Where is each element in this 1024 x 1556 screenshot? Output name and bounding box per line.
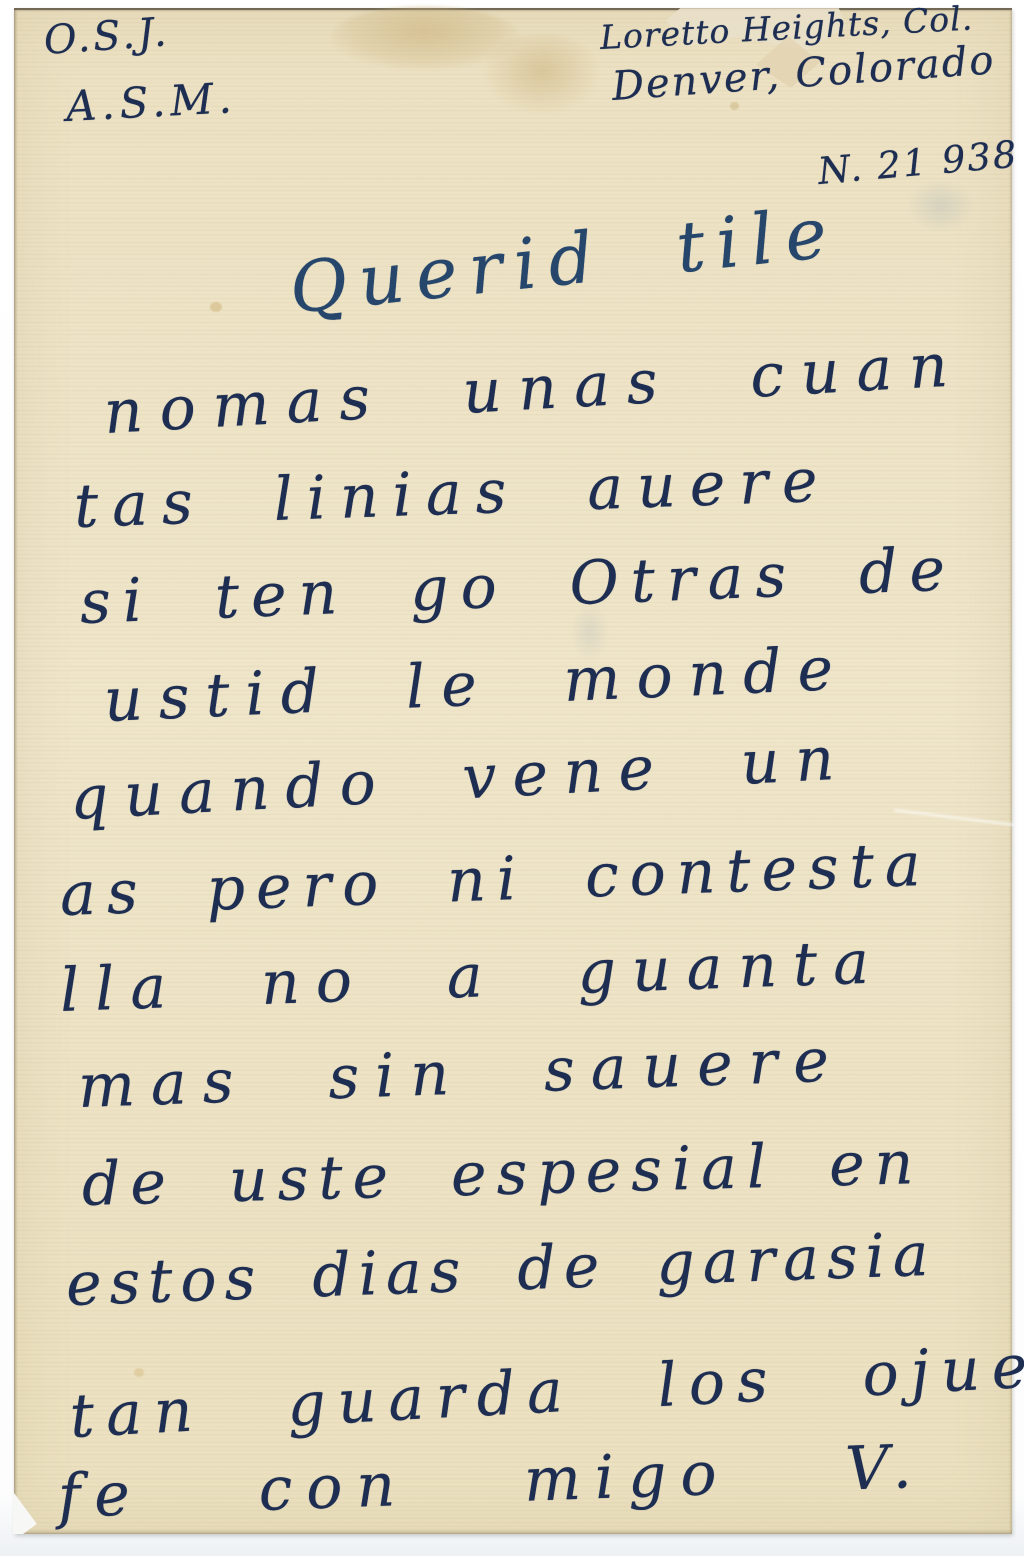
heading-date: N. 21 938 [816,133,1020,193]
paper-stain [330,6,520,70]
greeting-line: Querid tile [286,191,843,330]
body-line: fe con migo V. [57,1432,927,1532]
paper-freckle [730,102,739,110]
body-line: mas sin sauere [77,1025,846,1122]
scan-background: O.S.J. A.S.M. Loretto Heights, Col. Denv… [0,0,1024,1556]
paper-corner-chip [13,1488,47,1534]
paper-freckle [210,302,222,312]
body-line: estos dias de garasia [65,1220,938,1320]
body-line: as pero ni contesta [59,830,933,930]
paper-stain [482,34,602,116]
body-line: nomas unas cuan [102,330,966,448]
paper-crease [894,809,1013,827]
corner-initials-line1: O.S.J. [42,9,170,64]
body-line: quando vene un [68,723,852,834]
body-line: si ten go Otras de [79,534,959,638]
letter-paper: O.S.J. A.S.M. Loretto Heights, Col. Denv… [14,8,1012,1534]
body-line: de uste espesial en [81,1128,924,1220]
body-line: tas linias auere [73,446,833,542]
corner-initials-line2: A.S.M. [65,73,238,131]
paper-freckle [134,1368,144,1377]
body-line: ustid le monde [102,634,850,736]
body-line: lla no a guanta [59,927,886,1026]
ink-smudge [906,178,976,234]
